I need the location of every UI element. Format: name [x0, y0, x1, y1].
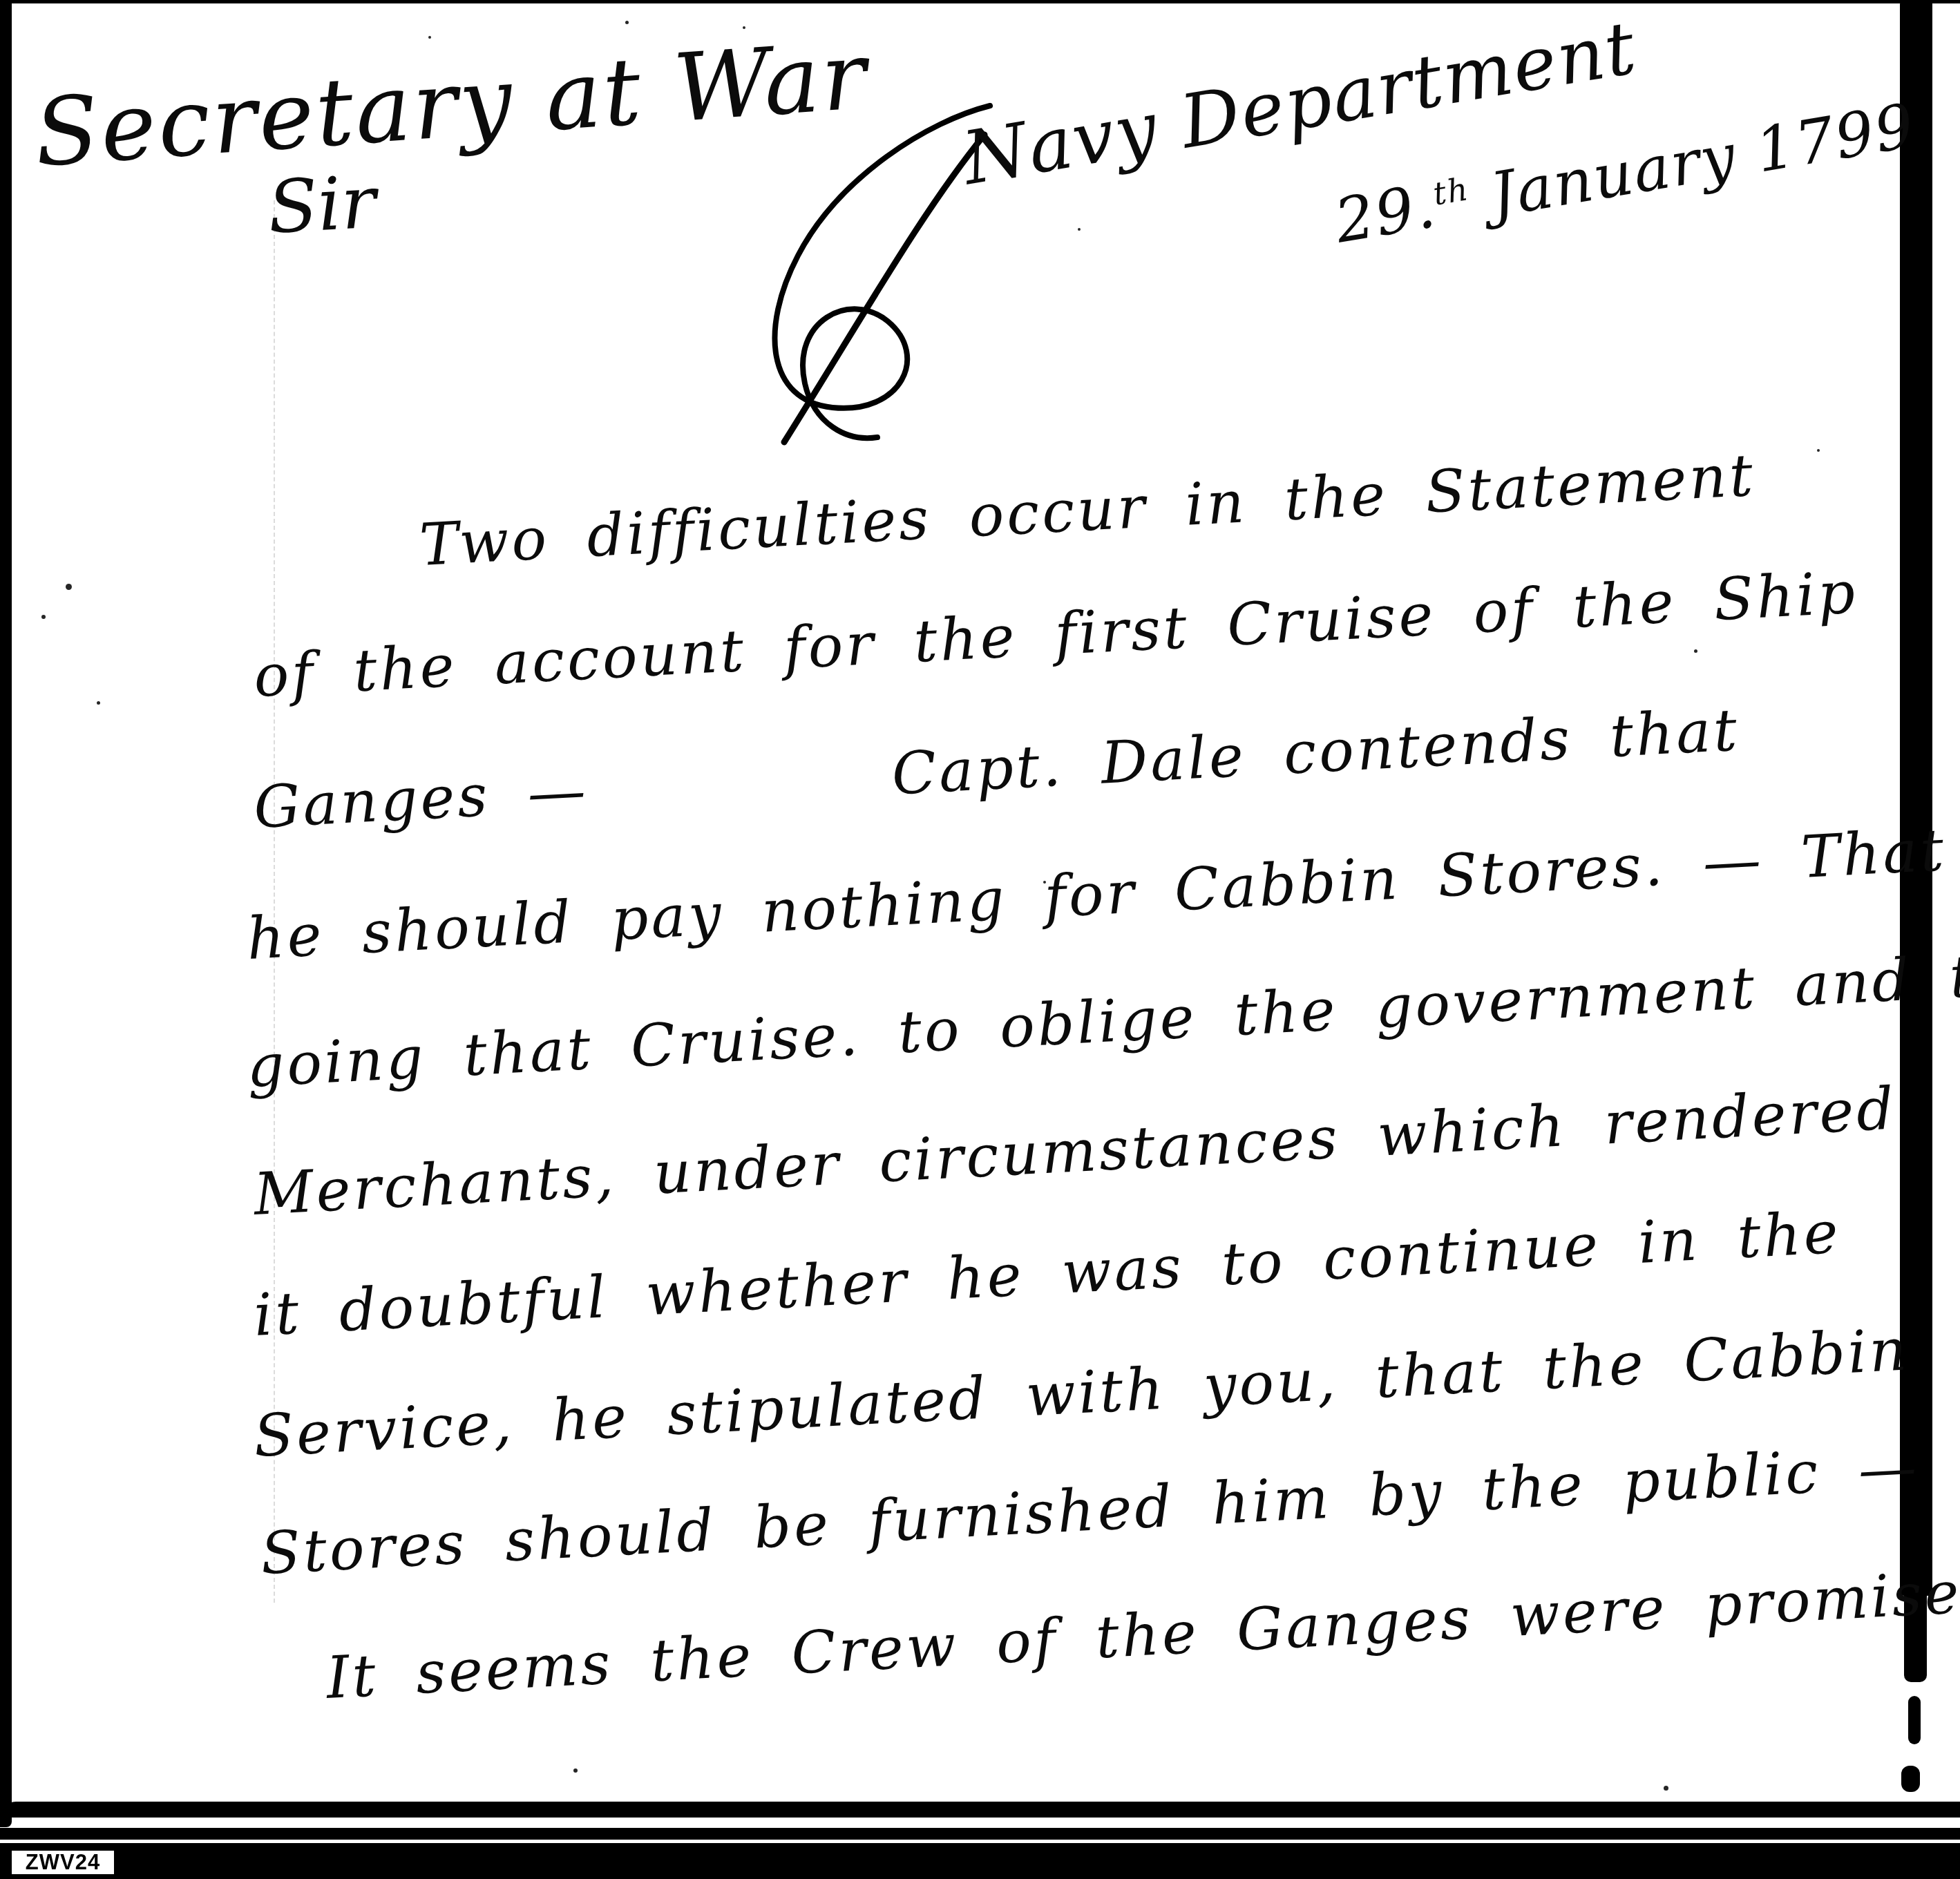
ink-speck	[97, 701, 100, 705]
scan-bottom-black-band	[0, 1843, 1960, 1879]
ink-splatter	[41, 615, 46, 619]
archive-reference-label: ZWV24	[10, 1849, 116, 1876]
scan-top-edge	[0, 0, 1960, 3]
scan-right-blotch	[1908, 1696, 1921, 1744]
date-ordinal-superscript: th	[1431, 171, 1472, 213]
body-line-6: Merchants, under circumstances which ren…	[252, 1074, 1898, 1228]
ink-splatter	[66, 584, 72, 590]
body-line-1: Two difficulties occur in the Statement	[418, 441, 1757, 579]
body-line-2: of the account for the first Cruise of t…	[252, 558, 1859, 710]
scan-right-blotch	[1901, 1766, 1920, 1792]
ink-speck	[743, 26, 745, 29]
paper-fold-line	[274, 200, 275, 1603]
body-line-5: going that Cruise. to oblige the governm…	[245, 938, 1960, 1100]
page-bottom-edge-line	[0, 1828, 1960, 1840]
ink-speck	[573, 1768, 578, 1773]
archive-reference-text: ZWV24	[26, 1850, 100, 1875]
ink-speck	[1664, 1786, 1668, 1791]
scan-left-edge-bar	[0, 0, 12, 1827]
ink-speck	[1817, 449, 1820, 452]
ink-speck	[428, 36, 431, 39]
ink-speck	[625, 21, 629, 24]
body-line-7: it doubtful whether he was to continue i…	[252, 1199, 1843, 1349]
page-bottom-edge-line	[0, 1802, 1960, 1818]
ink-speck	[1694, 649, 1697, 653]
date-month-year: January 1799	[1465, 90, 1920, 234]
ink-speck	[1078, 228, 1081, 231]
date-day: 29.	[1330, 170, 1441, 257]
salutation-sir: Sir	[266, 160, 378, 250]
body-line-10: It seems the Crew of the Ganges were pro…	[325, 1556, 1960, 1712]
ink-speck	[1043, 881, 1046, 884]
body-line-4: he should pay nothing for Cabbin Stores.…	[245, 816, 1948, 973]
manuscript-letter-scan: Secretary at War Sir Navy Department 29.…	[0, 0, 1960, 1879]
body-line-3: Ganges — Capt. Dale contends that	[252, 696, 1741, 841]
pen-flourish	[701, 93, 998, 452]
